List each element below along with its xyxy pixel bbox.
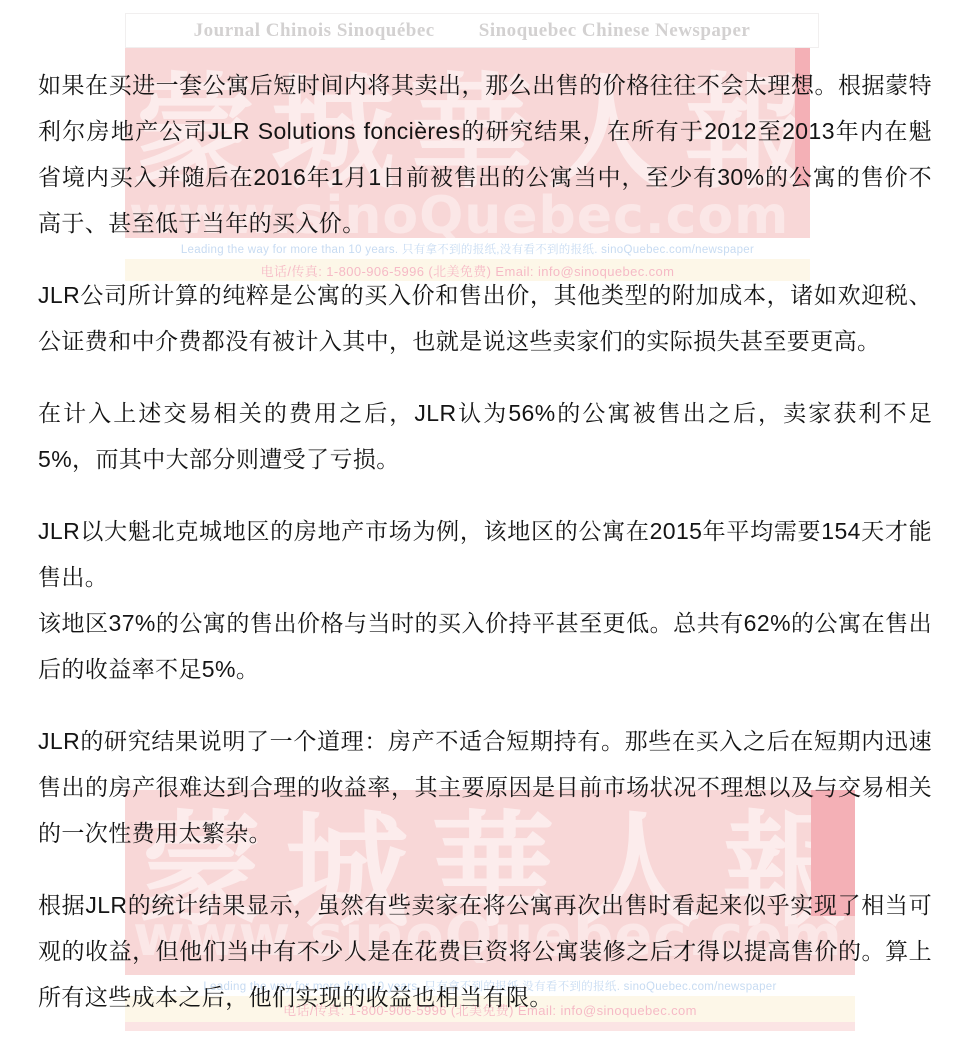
- article-body: 如果在买进一套公寓后短时间内将其卖出，那么出售的价格往往不会太理想。根据蒙特利尔…: [38, 62, 932, 1046]
- masthead-title-french: Journal Chinois Sinoquébec: [194, 20, 435, 42]
- article-paragraph: JLR的研究结果说明了一个道理：房产不适合短期持有。那些在买入之后在短期内迅速售…: [38, 718, 932, 856]
- article-paragraph: 如果在买进一套公寓后短时间内将其卖出，那么出售的价格往往不会太理想。根据蒙特利尔…: [38, 62, 932, 246]
- article-page: Journal Chinois Sinoquébec Sinoquebec Ch…: [0, 0, 962, 1047]
- article-paragraph: JLR公司所计算的纯粹是公寓的买入价和售出价，其他类型的附加成本，诸如欢迎税、公…: [38, 272, 932, 364]
- article-paragraph: 在计入上述交易相关的费用之后，JLR认为56%的公寓被售出之后，卖家获利不足5%…: [38, 390, 932, 482]
- masthead-title-english: Sinoquebec Chinese Newspaper: [479, 20, 751, 42]
- newspaper-masthead: Journal Chinois Sinoquébec Sinoquebec Ch…: [125, 13, 819, 48]
- article-paragraph: JLR以大魁北克城地区的房地产市场为例，该地区的公寓在2015年平均需要154天…: [38, 508, 932, 692]
- article-paragraph: 根据JLR的统计结果显示，虽然有些卖家在将公寓再次出售时看起来似乎实现了相当可观…: [38, 882, 932, 1020]
